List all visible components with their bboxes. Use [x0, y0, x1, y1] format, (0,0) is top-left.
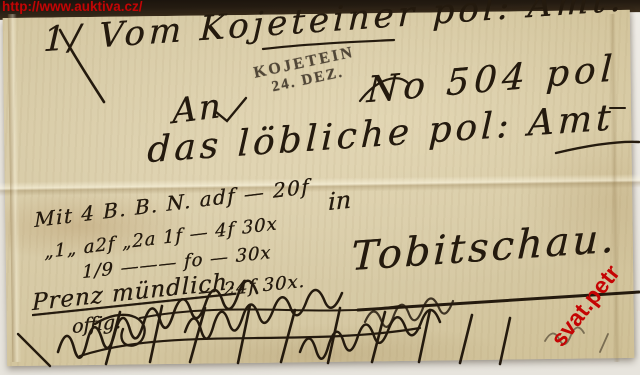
- watermark-auction-url: http://www.auktiva.cz/: [2, 0, 143, 14]
- scanned-letter-image: 1/ Vom Kojeteiner pol: Amt. No 504 pol A…: [0, 0, 640, 375]
- address-line-2: in: [328, 186, 351, 217]
